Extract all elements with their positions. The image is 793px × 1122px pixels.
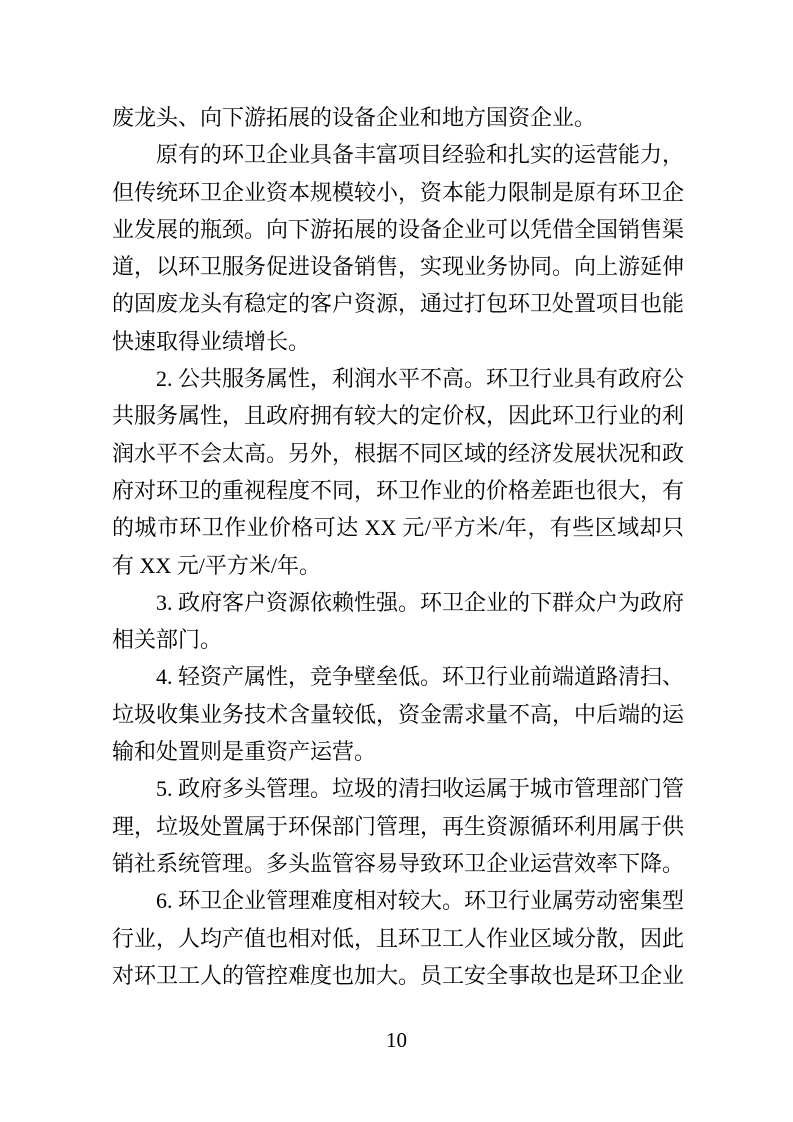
- paragraph: 废龙头、向下游拓展的设备企业和地方国资企业。: [112, 99, 684, 136]
- paragraph: 3. 政府客户资源依赖性强。环卫企业的下群众户为政府相关部门。: [112, 584, 684, 659]
- page-footer: 10: [0, 1026, 793, 1054]
- paragraph: 2. 公共服务属性，利润水平不高。环卫行业具有政府公共服务属性，且政府拥有较大的…: [112, 360, 684, 584]
- paragraph: 5. 政府多头管理。垃圾的清扫收运属于城市管理部门管理，垃圾处置属于环保部门管理…: [112, 770, 684, 882]
- paragraph: 4. 轻资产属性，竞争壁垒低。环卫行业前端道路清扫、垃圾收集业务技术含量较低，资…: [112, 658, 684, 770]
- document-page: 废龙头、向下游拓展的设备企业和地方国资企业。原有的环卫企业具备丰富项目经验和扎实…: [0, 0, 793, 1122]
- page-number: 10: [386, 1028, 407, 1052]
- paragraph: 6. 环卫企业管理难度相对较大。环卫行业属劳动密集型行业，人均产值也相对低，且环…: [112, 882, 684, 994]
- document-body: 废龙头、向下游拓展的设备企业和地方国资企业。原有的环卫企业具备丰富项目经验和扎实…: [112, 99, 684, 994]
- paragraph: 原有的环卫企业具备丰富项目经验和扎实的运营能力，但传统环卫企业资本规模较小，资本…: [112, 136, 684, 360]
